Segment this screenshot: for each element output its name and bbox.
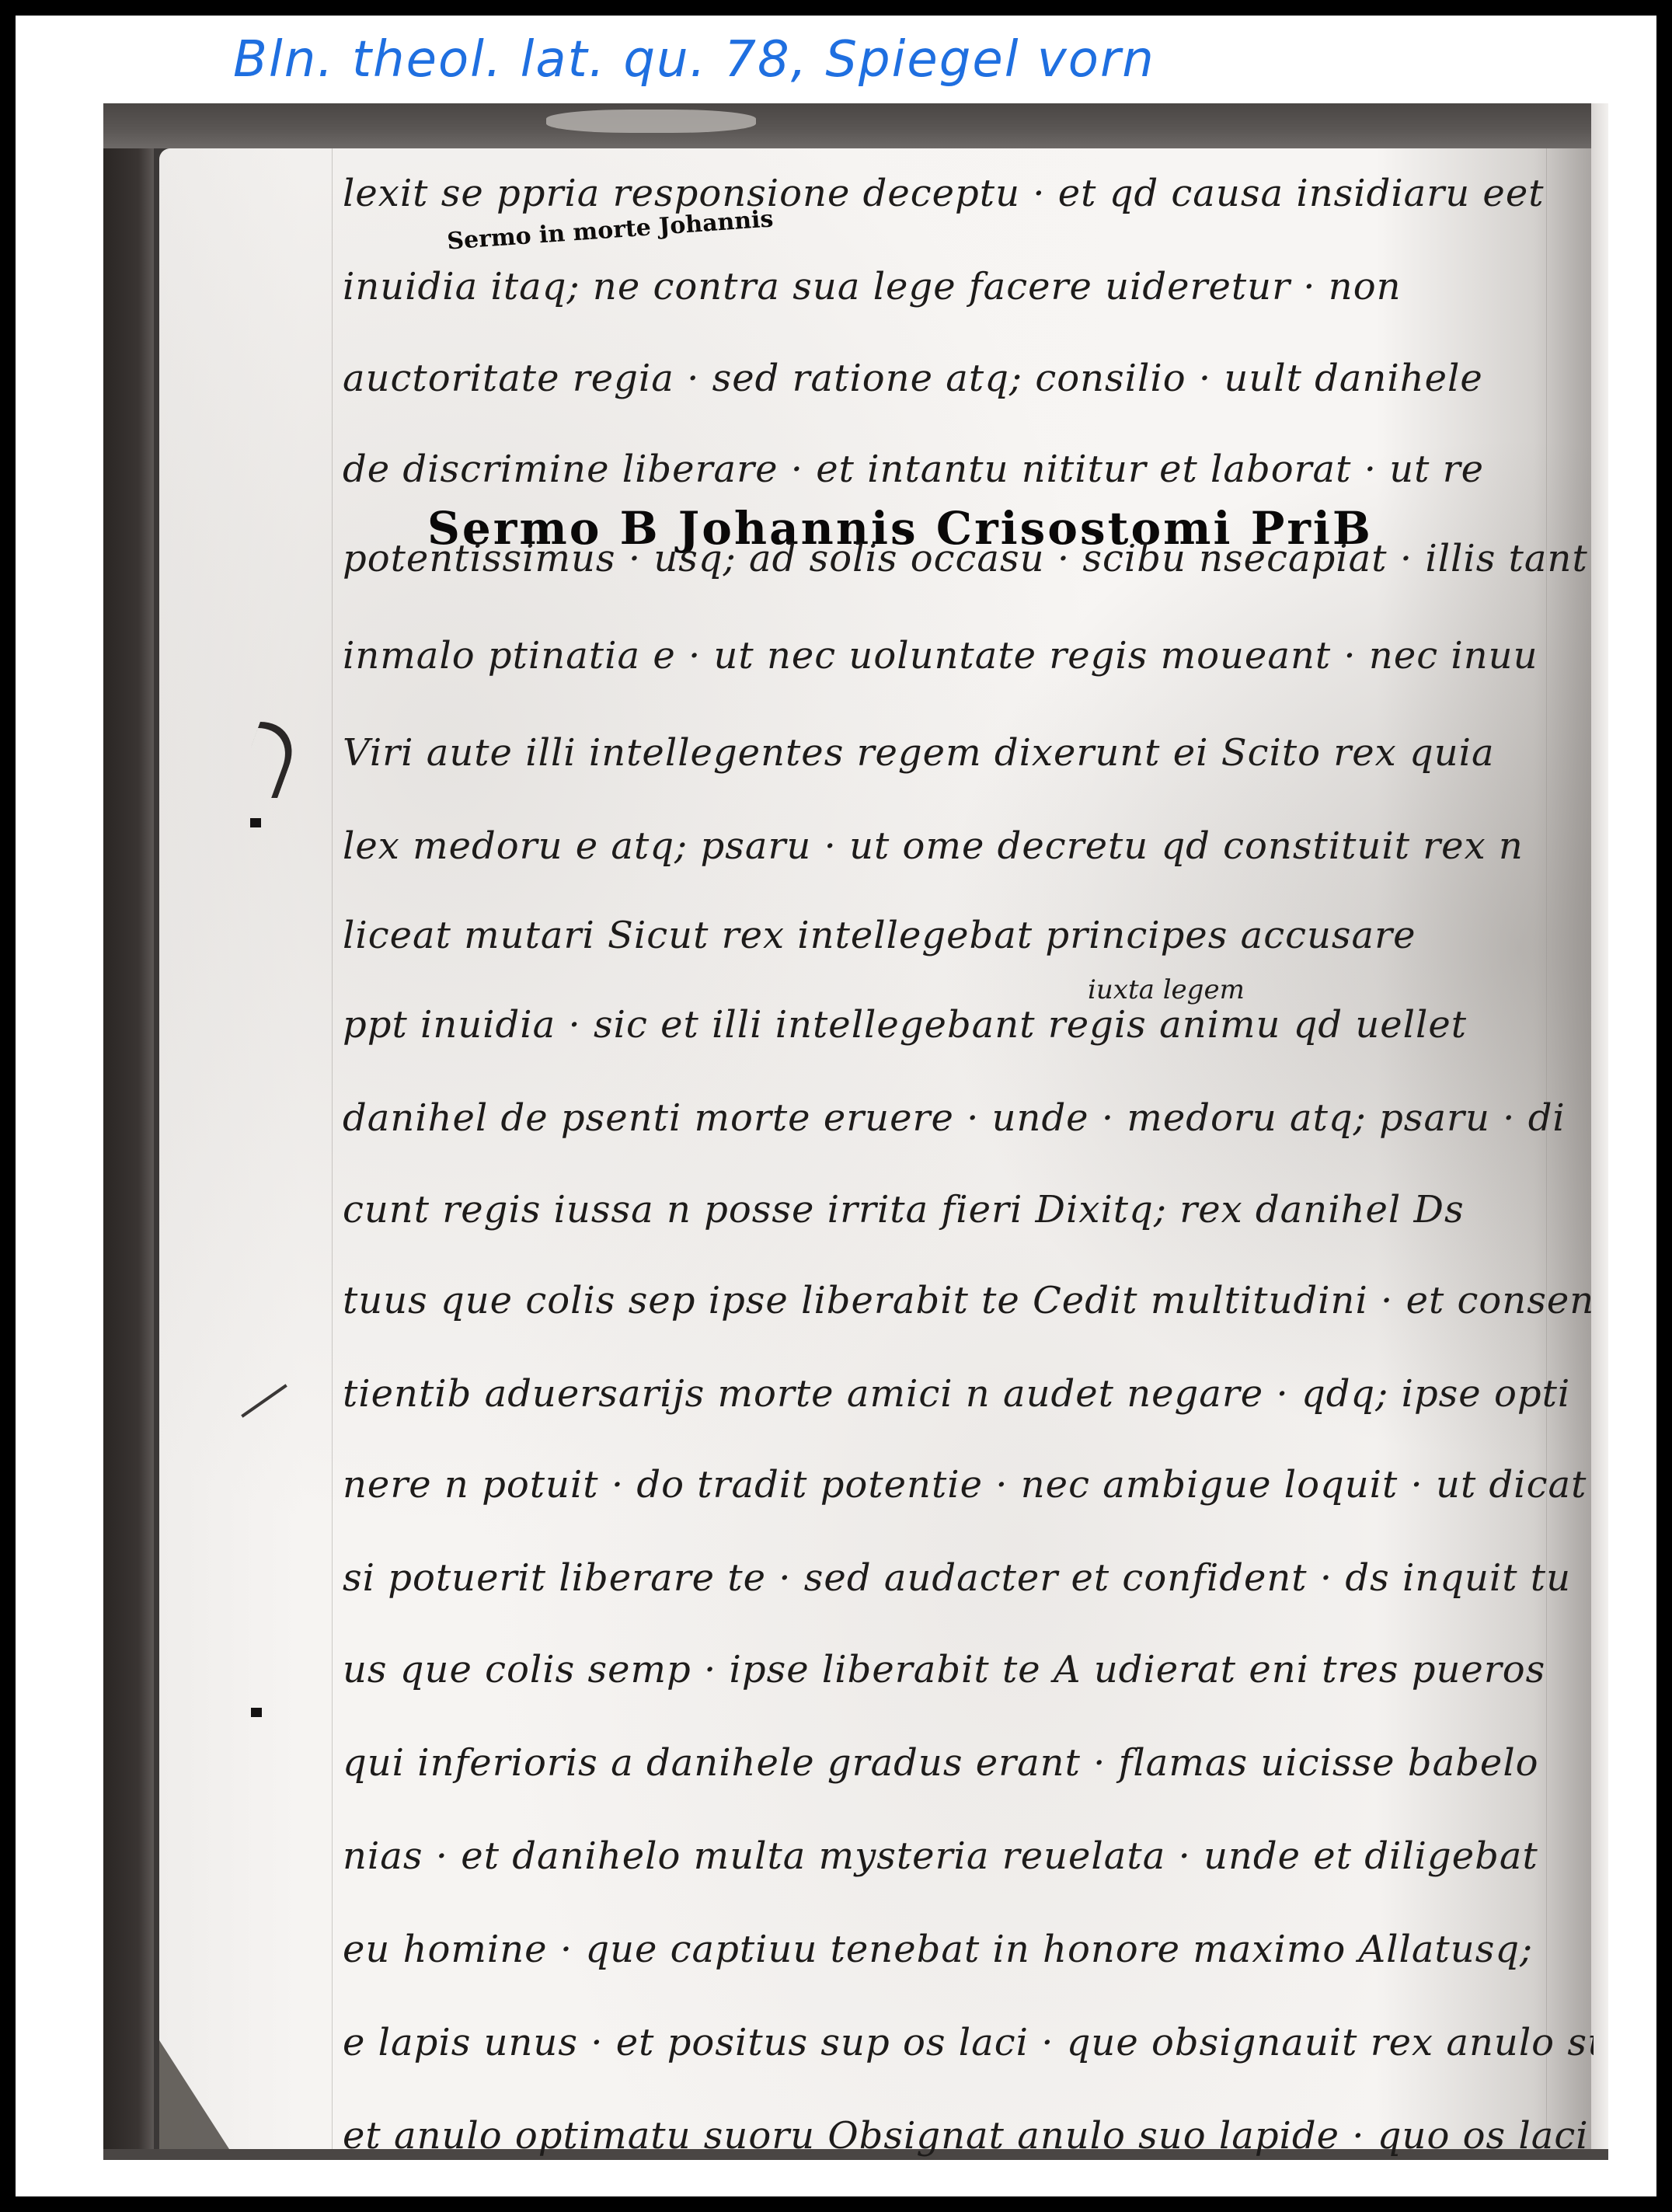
photo-edge-right [1591,103,1608,2160]
text-line: et anulo optimatu suoru Obsignat anulo s… [343,2114,1594,2158]
text-line: inuidia itaq; ne contra sua lege facere … [343,265,1594,308]
torn-corner [159,2040,229,2149]
text-line: potentissimus · usq; ad solis occasu · s… [343,537,1594,580]
text-line: e lapis unus · et positus sup os laci · … [343,2021,1594,2064]
margin-dot-icon [251,1708,262,1717]
text-line: inmalo ptinatia e · ut nec uoluntate reg… [343,634,1594,678]
margin-dot-icon [250,818,261,827]
text-line: danihel de psenti morte eruere · unde · … [343,1096,1594,1140]
binding-edge-left [103,103,154,2160]
text-line: nere n potuit · do tradit potentie · nec… [343,1463,1594,1507]
text-line: Viri aute illi intellegentes regem dixer… [343,731,1594,775]
binding-edge-top [103,103,1608,148]
text-line: si potuerit liberare te · sed audacter e… [343,1556,1594,1600]
text-line: us que colis semp · ipse liberabit te A … [343,1648,1594,1691]
manuscript-photograph: Sermo in morte Johannis Sermo B Johannis… [103,103,1608,2160]
text-line: auctoritate regia · sed ratione atq; con… [343,357,1594,400]
ruling-line [332,148,333,2149]
text-line: tientib aduersarijs morte amici n audet … [343,1372,1594,1416]
parchment-leaf: Sermo in morte Johannis Sermo B Johannis… [159,148,1591,2149]
text-line: lexit se ppria responsione deceptu · et … [343,172,1594,215]
text-line: tuus que colis sep ipse liberabit te Ced… [343,1279,1594,1322]
text-line: liceat mutari Sicut rex intellegebat pri… [343,914,1594,957]
interlinear-gloss: iuxta legem [1088,974,1245,1005]
text-line: ppt inuidia · sic et illi intellegebant … [343,1003,1594,1047]
text-line: eu homine · que captiuu tenebat in honor… [343,1928,1594,1971]
text-line: de discrimine liberare · et intantu niti… [343,448,1594,491]
text-line: lex medoru e atq; psaru · ut ome decretu… [343,824,1594,868]
initial-v-flourish-icon [232,722,305,798]
text-line: qui inferioris a danihele gradus erant ·… [343,1741,1594,1785]
margin-stroke-icon [241,1384,287,1417]
text-line: nias · et danihelo multa mysteria reuela… [343,1834,1594,1878]
archive-shelfmark-label: Bln. theol. lat. qu. 78, Spiegel vorn [233,31,1155,89]
text-line: cunt regis iussa n posse irrita fieri Di… [343,1188,1594,1231]
